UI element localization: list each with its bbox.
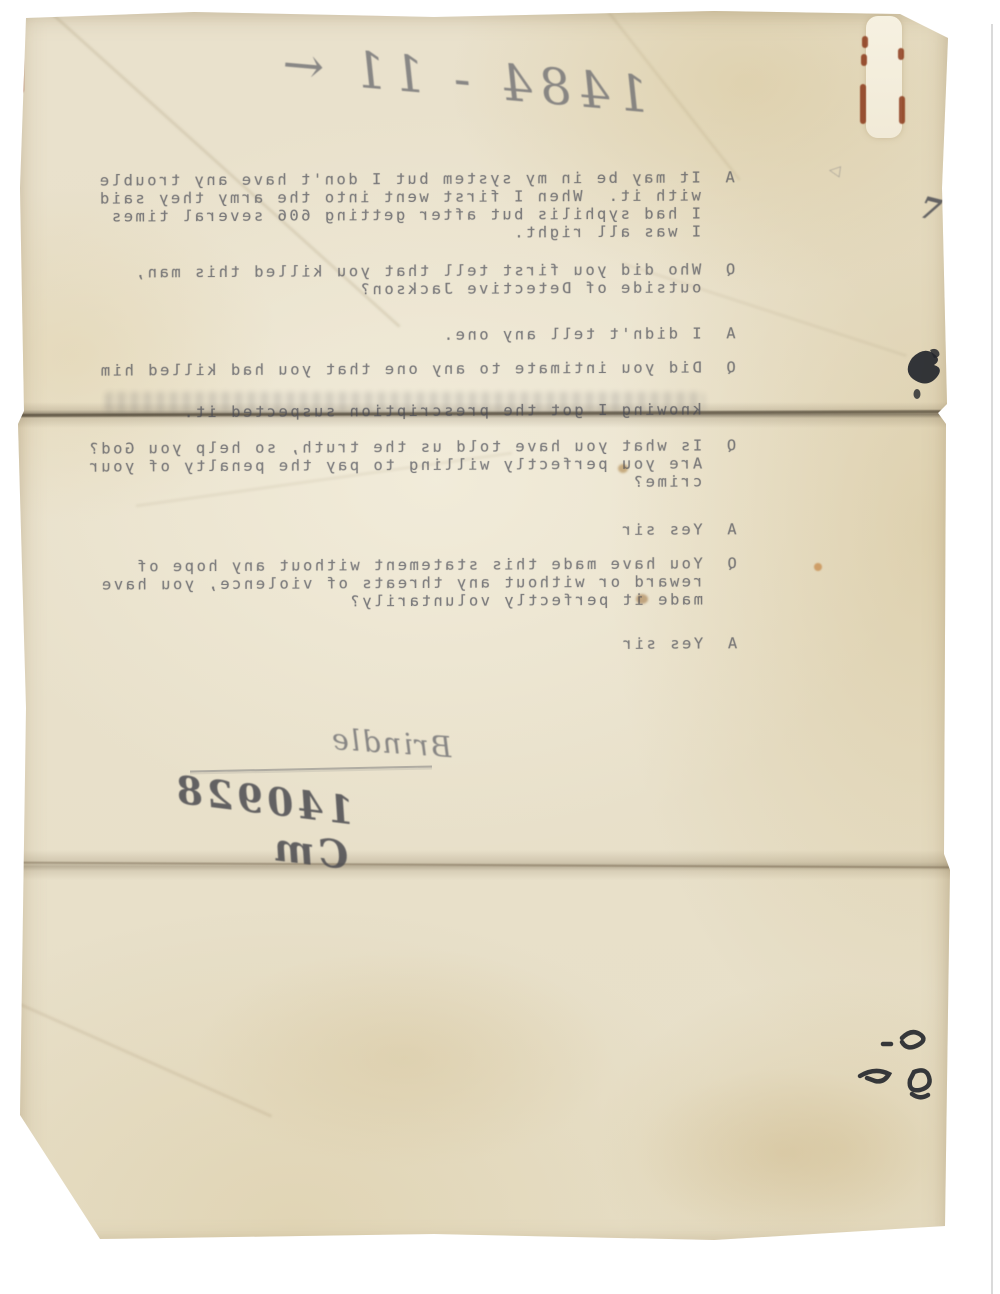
- document-page: AIt may be in my system but I don't have…: [14, 8, 952, 1248]
- qa-paragraph: AIt may be in my system but I don't have…: [87, 168, 735, 243]
- rust-mark: [898, 48, 904, 60]
- qa-speaker-marker: A: [723, 168, 735, 186]
- scanner-edge-artifact: [991, 24, 993, 1294]
- typed-line: Did you intimate to any one that you had…: [88, 358, 702, 379]
- ink-scribbles: [850, 1014, 946, 1106]
- faint-triangle-mark: ◁: [828, 160, 842, 179]
- qa-paragraph: QDid you intimate to any one that you ha…: [88, 358, 736, 421]
- typed-line: outside of Detective Jackson?: [87, 278, 701, 299]
- fold-obscured-text-line: [105, 392, 705, 412]
- rust-mark: [862, 36, 868, 48]
- qa-speaker-marker: Q: [725, 554, 737, 572]
- handwritten-signature: Brindle: [271, 718, 453, 764]
- typed-line: I didn't tell any one.: [88, 324, 702, 345]
- qa-paragraph: AI didn't tell any one.: [88, 324, 736, 345]
- rust-mark: [861, 54, 867, 66]
- rust-mark: [860, 84, 866, 124]
- qa-speaker-marker: Q: [723, 260, 735, 278]
- qa-speaker-marker: Q: [724, 358, 736, 376]
- rust-mark: [899, 96, 905, 124]
- rust-edge-mark: [16, 56, 24, 94]
- diagonal-crease: [15, 1001, 272, 1118]
- typed-line: Yes sir: [89, 520, 703, 541]
- qa-paragraph: QYou have made this statement without an…: [89, 554, 737, 611]
- handwritten-case-number: 1484 - 11 ←: [218, 29, 705, 129]
- stain-spot: [814, 563, 822, 571]
- typed-line: made it perfectly voluntarily?: [89, 590, 703, 611]
- stain-patch: [194, 948, 614, 1168]
- qa-speaker-marker: A: [725, 634, 737, 652]
- qa-paragraph: QWho did you first tell that you killed …: [87, 260, 735, 299]
- handwritten-file-number: 140928 Cm: [80, 756, 357, 878]
- scan-background: AIt may be in my system but I don't have…: [0, 0, 1000, 1294]
- ink-blot: [890, 342, 950, 410]
- fold-crease-lower-line: [14, 862, 952, 869]
- typed-line: crime?: [88, 472, 702, 493]
- qa-paragraph: AYes sir: [89, 634, 737, 655]
- qa-speaker-marker: Q: [724, 436, 736, 454]
- typed-line: I was all right.: [87, 222, 701, 243]
- typed-line: Yes sir: [89, 634, 703, 655]
- stain-patch: [634, 1068, 934, 1238]
- qa-speaker-marker: A: [725, 520, 737, 538]
- staple-impression: [866, 16, 902, 138]
- qa-paragraph: AYes sir: [89, 520, 737, 541]
- pencil-tick-mark: 7: [916, 190, 945, 229]
- qa-paragraph: QIs what you have told us the truth, so …: [88, 436, 736, 493]
- typed-text-block: AIt may be in my system but I don't have…: [87, 168, 738, 655]
- qa-speaker-marker: A: [724, 324, 736, 342]
- corner-fold-edge: [13, 1159, 73, 1288]
- signature-underline: [190, 765, 432, 772]
